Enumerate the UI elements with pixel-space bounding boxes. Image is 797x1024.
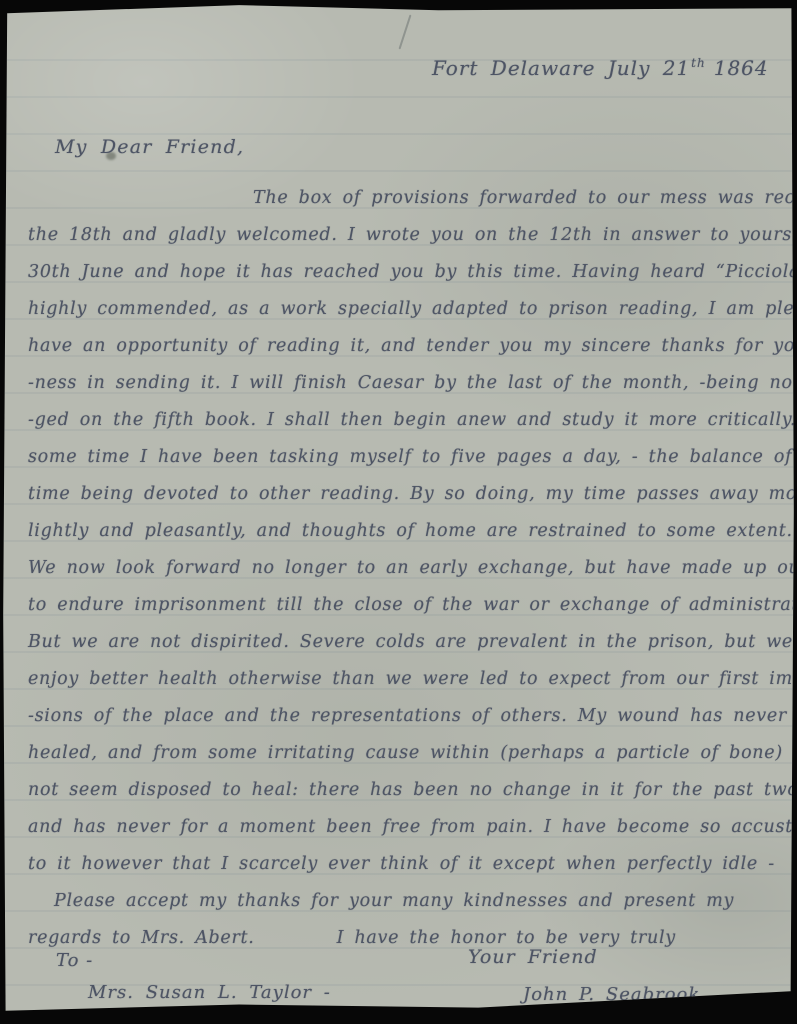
letter-line: The box of provisions forwarded to our m… (28, 180, 783, 217)
to-label: To - (56, 950, 93, 971)
letter-body: The box of provisions forwarded to our m… (28, 180, 783, 957)
addressee-name: Mrs. Susan L. Taylor - (88, 982, 331, 1003)
dateline-place-date: Fort Delaware July 21 (432, 56, 690, 80)
salutation: My Dear Friend, (55, 136, 244, 158)
letter-line: highly commended, as a work specially ad… (28, 291, 783, 328)
dateline: Fort Delaware July 21th1864 (432, 56, 769, 80)
signature-name: John P. Seabrook (523, 984, 700, 1005)
letter-line-closing: regards to Mrs. Abert. I have the honor … (28, 920, 783, 957)
letter-paper: Fort Delaware July 21th1864 My Dear Frie… (0, 0, 797, 1024)
dateline-year: 1864 (714, 56, 769, 80)
letter-line: -sions of the place and the representati… (28, 698, 783, 735)
letter-line: time being devoted to other reading. By … (28, 476, 783, 513)
letter-line: enjoy better health otherwise than we we… (28, 661, 783, 698)
dateline-superscript: th (691, 56, 706, 70)
letter-line: -ness in sending it. I will finish Caesa… (28, 365, 783, 402)
letter-line: the 18th and gladly welcomed. I wrote yo… (28, 217, 783, 254)
letter-line: But we are not dispirited. Severe colds … (28, 624, 783, 661)
letter-line: to endure imprisonment till the close of… (28, 587, 783, 624)
letter-line: have an opportunity of reading it, and t… (28, 328, 783, 365)
letter-photo: { "colors": { "paper": "#b7bab1", "ink":… (0, 0, 797, 1024)
closing-phrase: Your Friend (468, 946, 598, 968)
letter-line: and has never for a moment been free fro… (28, 809, 783, 846)
letter-line: not seem disposed to heal: there has bee… (28, 772, 783, 809)
letter-line: Please accept my thanks for your many ki… (28, 883, 783, 920)
letter-line: to it however that I scarcely ever think… (28, 846, 783, 883)
letter-line: 30th June and hope it has reached you by… (28, 254, 783, 291)
letter-line: healed, and from some irritating cause w… (28, 735, 783, 772)
letter-line: We now look forward no longer to an earl… (28, 550, 783, 587)
letter-line: some time I have been tasking myself to … (28, 439, 783, 476)
letter-line: lightly and pleasantly, and thoughts of … (28, 513, 783, 550)
crease-mark (398, 15, 411, 50)
letter-line: -ged on the fifth book. I shall then beg… (28, 402, 783, 439)
